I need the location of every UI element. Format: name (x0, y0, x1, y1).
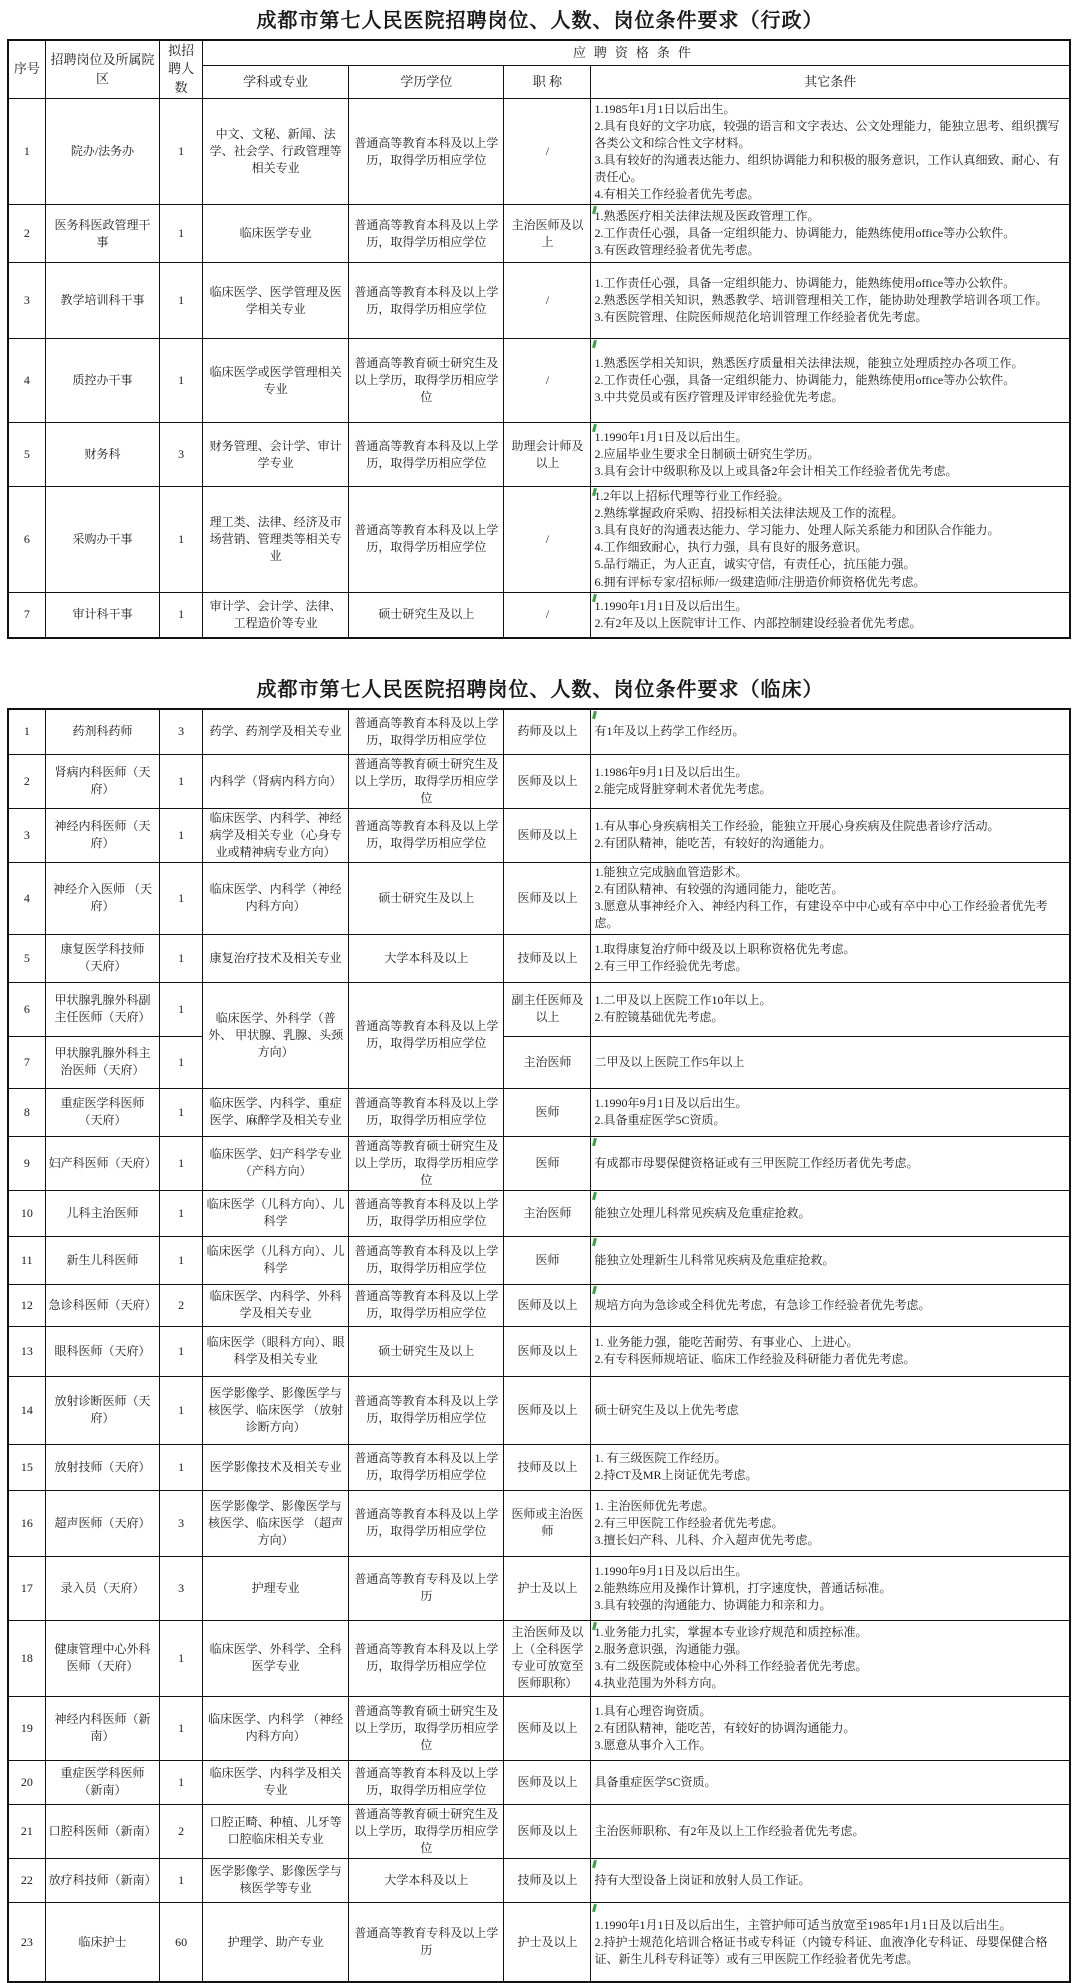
title-cell: 技师及以上 (504, 1858, 591, 1902)
degree-cell: 硕士研究生及以上 (349, 862, 504, 934)
comment-mark-icon (593, 1286, 598, 1294)
seq-cell-text: 1 (12, 143, 42, 160)
degree-cell: 普通高等教育本科及以上学历，取得学历相应学位 (349, 709, 504, 754)
post-cell: 质控办干事 (45, 339, 160, 423)
post-cell-text: 神经内科医师（新南） (49, 1711, 157, 1745)
degree-cell-text: 普通高等教育硕士研究生及以上学历，取得学历相应学位 (352, 1138, 500, 1189)
title-cell: 医师及以上 (504, 1376, 591, 1444)
major-cell-text: 临床医学、内科学、外科学及相关专业 (206, 1288, 346, 1322)
other-cell: 1.1990年1月1日及以后出生。 2.应届毕业生要求全日制硕士研究生学历。 3… (591, 423, 1070, 487)
other-cell-text: 能独立处理新生儿科常见疾病及危重症抢救。 (594, 1252, 1066, 1269)
seq-cell-text: 21 (12, 1823, 42, 1840)
major-cell-text: 临床医学（眼科方向）、眼科学及相关专业 (206, 1334, 346, 1368)
count-cell: 1 (160, 99, 202, 205)
degree-cell: 普通高等教育本科及以上学历，取得学历相应学位 (349, 808, 504, 862)
other-cell-text: 规培方向为急诊或全科优先考虑，有急诊工作经验者优先考虑。 (594, 1297, 1066, 1314)
title-cell-text: 医师及以上 (507, 1343, 587, 1360)
degree-cell-text: 普通高等教育本科及以上学历，取得学历相应学位 (352, 1393, 500, 1427)
post-cell-text: 肾病内科医师（天府） (49, 764, 157, 798)
major-cell: 临床医学（儿科方向）、儿科学 (202, 1190, 349, 1236)
other-cell: 1.能独立完成脑血管造影术。 2.有团队精神、有较强的沟通同能力，能吃苦。 3.… (591, 862, 1070, 934)
count-cell: 1 (160, 1190, 202, 1236)
table-row: 17录入员（天府）3护理专业普通高等教育专科及以上学历护士及以上1.1990年9… (8, 1556, 1070, 1620)
title-cell-text: / (507, 531, 587, 548)
post-cell: 肾病内科医师（天府） (45, 754, 160, 808)
other-cell-text: 有1年及以上药学工作经历。 (594, 723, 1066, 740)
seq-cell-text: 13 (12, 1343, 42, 1360)
other-cell-text: 持有大型设备上岗证和放射人员工作证。 (594, 1872, 1066, 1889)
title-cell-text: 医师及以上 (507, 890, 587, 907)
count-cell: 1 (160, 339, 202, 423)
count-cell-text: 1 (163, 950, 198, 967)
major-cell-text: 审计学、会计学、法律、工程造价等专业 (206, 598, 346, 632)
major-cell: 医学影像学、影像医学与核医学、临床医学 （放射诊断方向） (202, 1376, 349, 1444)
count-cell: 1 (160, 1696, 202, 1760)
table-row: 4质控办干事1临床医学或医学管理相关专业普通高等教育硕士研究生及以上学历，取得学… (8, 339, 1070, 423)
degree-cell-text: 普通高等教育本科及以上学历，取得学历相应学位 (352, 1641, 500, 1675)
post-cell-text: 财务科 (49, 446, 157, 463)
seq-cell: 14 (8, 1376, 45, 1444)
other-cell-text: 1.取得康复治疗师中级及以上职称资格优先考虑。 2.有三甲工作经验优先考虑。 (594, 941, 1066, 975)
degree-cell: 普通高等教育硕士研究生及以上学历，取得学历相应学位 (349, 1804, 504, 1858)
other-cell-text: 具备重症医学5C资质。 (594, 1774, 1066, 1791)
table-row: 21口腔科医师（新南）2口腔正畸、种植、儿牙等口腔临床相关专业普通高等教育硕士研… (8, 1804, 1070, 1858)
count-cell: 1 (160, 1036, 202, 1088)
table-row: 1药剂科药师3药学、药剂学及相关专业普通高等教育本科及以上学历，取得学历相应学位… (8, 709, 1070, 754)
seq-cell: 4 (8, 862, 45, 934)
title-cell-text: 技师及以上 (507, 1459, 587, 1476)
seq-cell: 5 (8, 423, 45, 487)
title-cell: 药师及以上 (504, 709, 591, 754)
major-cell-text: 临床医学、内科学及相关专业 (206, 1765, 346, 1799)
other-cell-text: 1.熟悉医疗相关法律法规及医政管理工作。 2.工作责任心强，具备一定组织能力、协… (594, 208, 1066, 259)
post-cell: 健康管理中心外科医师（天府） (45, 1620, 160, 1696)
major-cell-text: 临床医学或医学管理相关专业 (206, 364, 346, 398)
seq-cell: 15 (8, 1444, 45, 1490)
table-row: 2医务科医政管理干事1临床医学专业普通高等教育本科及以上学历，取得学历相应学位主… (8, 205, 1070, 263)
post-cell-text: 甲状腺乳腺外科主治医师（天府） (49, 1045, 157, 1079)
title-cell-text: 技师及以上 (507, 950, 587, 967)
table-row: 11新生儿科医师1临床医学（儿科方向）、儿科学普通高等教育本科及以上学历，取得学… (8, 1236, 1070, 1284)
major-cell-text: 口腔正畸、种植、儿牙等口腔临床相关专业 (206, 1814, 346, 1848)
comment-mark-icon (593, 1860, 598, 1868)
degree-cell: 普通高等教育专科及以上学历 (349, 1556, 504, 1620)
title-cell: 副主任医师及以上 (504, 982, 591, 1036)
count-cell-text: 1 (163, 1205, 198, 1222)
title-cell-text: 医师或主治医师 (507, 1506, 587, 1540)
major-cell-text: 内科学（肾病内科方向） (206, 773, 346, 790)
seq-cell: 11 (8, 1236, 45, 1284)
title-cell: 护士及以上 (504, 1902, 591, 1982)
clinical-recruitment-table: 1药剂科药师3药学、药剂学及相关专业普通高等教育本科及以上学历，取得学历相应学位… (7, 708, 1071, 1983)
major-cell: 临床医学、内科学、重症医学、麻醉学及相关专业 (202, 1088, 349, 1136)
major-cell-text: 临床医学、内科学、重症医学、麻醉学及相关专业 (206, 1095, 346, 1129)
other-cell-text: 1. 有三级医院工作经历。 2.持CT及MR上岗证优先考虑。 (594, 1450, 1066, 1484)
major-cell: 内科学（肾病内科方向） (202, 754, 349, 808)
title-cell: 医师及以上 (504, 808, 591, 862)
other-cell: 1. 主治医师优先考虑。 2.有三甲医院工作经验者优先考虑。 3.擅长妇产科、儿… (591, 1490, 1070, 1556)
other-cell-text: 1.熟悉医学相关知识，熟悉医疗质量相关法律法规，能独立处理质控办各项工作。 2.… (594, 355, 1066, 406)
table-row: 3神经内科医师（天府）1临床医学、内科学、神经病学及相关专业（心身专业或精神病专… (8, 808, 1070, 862)
count-cell-text: 2 (163, 1297, 198, 1314)
title-cell-text: / (507, 606, 587, 623)
post-cell-text: 审计科干事 (49, 606, 157, 623)
count-cell: 3 (160, 709, 202, 754)
major-cell: 康复治疗技术及相关专业 (202, 934, 349, 982)
other-cell-text: 主治医师职称、有2年及以上工作经验者优先考虑。 (594, 1823, 1066, 1840)
header-degree: 学历学位 (349, 65, 504, 99)
seq-cell: 17 (8, 1556, 45, 1620)
title-cell-text: 医师及以上 (507, 827, 587, 844)
other-cell-text: 1.1986年9月1日及以后出生。 2.能完成肾脏穿刺术者优先考虑。 (594, 764, 1066, 798)
count-cell-text: 1 (163, 1054, 198, 1071)
count-cell-text: 1 (163, 372, 198, 389)
other-cell: 能独立处理新生儿科常见疾病及危重症抢救。 (591, 1236, 1070, 1284)
other-cell: 1.1990年9月1日及以后出生。 2.能熟练应用及操作计算机，打字速度快，普通… (591, 1556, 1070, 1620)
post-cell-text: 眼科医师（天府） (49, 1343, 157, 1360)
degree-cell: 普通高等教育本科及以上学历，取得学历相应学位 (349, 423, 504, 487)
count-cell: 3 (160, 423, 202, 487)
title-cell: / (504, 487, 591, 592)
seq-cell: 6 (8, 982, 45, 1036)
seq-cell-text: 4 (12, 372, 42, 389)
other-cell: 主治医师职称、有2年及以上工作经验者优先考虑。 (591, 1804, 1070, 1858)
count-cell: 1 (160, 982, 202, 1036)
major-cell: 审计学、会计学、法律、工程造价等专业 (202, 592, 349, 638)
count-cell-text: 1 (163, 827, 198, 844)
title-cell: 医师 (504, 1236, 591, 1284)
post-cell-text: 急诊科医师（天府） (49, 1297, 157, 1314)
other-cell-text: 有成都市母婴保健资格证或有三甲医院工作经历者优先考虑。 (594, 1155, 1066, 1172)
count-cell: 2 (160, 1284, 202, 1326)
degree-cell-text: 普通高等教育本科及以上学历，取得学历相应学位 (352, 818, 500, 852)
seq-cell: 2 (8, 205, 45, 263)
count-cell: 1 (160, 934, 202, 982)
seq-cell-text: 15 (12, 1459, 42, 1476)
degree-cell-text: 普通高等教育本科及以上学历，取得学历相应学位 (352, 1196, 500, 1230)
title-cell: 医师及以上 (504, 862, 591, 934)
major-cell-text: 临床医学专业 (206, 225, 346, 242)
seq-cell-text: 17 (12, 1580, 42, 1597)
other-cell: 具备重症医学5C资质。 (591, 1760, 1070, 1804)
seq-cell-text: 5 (12, 446, 42, 463)
table-row: 13眼科医师（天府）1临床医学（眼科方向）、眼科学及相关专业硕士研究生及以上医师… (8, 1326, 1070, 1376)
post-cell: 放射诊断医师（天府） (45, 1376, 160, 1444)
title-cell-text: 药师及以上 (507, 723, 587, 740)
table-row: 19神经内科医师（新南）1临床医学、内科学 （神经内科方向）普通高等教育硕士研究… (8, 1696, 1070, 1760)
post-cell: 审计科干事 (45, 592, 160, 638)
comment-mark-icon (593, 1238, 598, 1246)
count-cell: 1 (160, 592, 202, 638)
degree-cell-text: 普通高等教育本科及以上学历，取得学历相应学位 (352, 438, 500, 472)
seq-cell: 5 (8, 934, 45, 982)
post-cell-text: 临床护士 (49, 1934, 157, 1951)
title-cell: 护士及以上 (504, 1556, 591, 1620)
degree-cell: 普通高等教育硕士研究生及以上学历，取得学历相应学位 (349, 1136, 504, 1190)
header-title: 职 称 (504, 65, 591, 99)
seq-cell-text: 1 (12, 723, 42, 740)
post-cell-text: 甲状腺乳腺外科副主任医师（天府） (49, 992, 157, 1026)
title-cell: 主治医师及以上（全科医学专业可放宽至医师职称） (504, 1620, 591, 1696)
title-cell-text: 医师及以上 (507, 1774, 587, 1791)
other-cell: 1.有从事心身疾病相关工作经验，能独立开展心身疾病及住院患者诊疗活动。 2.有团… (591, 808, 1070, 862)
degree-cell: 普通高等教育本科及以上学历，取得学历相应学位 (349, 982, 504, 1088)
degree-cell: 普通高等教育本科及以上学历，取得学历相应学位 (349, 1760, 504, 1804)
count-cell-text: 1 (163, 1459, 198, 1476)
degree-cell: 普通高等教育本科及以上学历，取得学历相应学位 (349, 1444, 504, 1490)
seq-cell: 1 (8, 99, 45, 205)
table-row: 10儿科主治医师1临床医学（儿科方向）、儿科学普通高等教育本科及以上学历，取得学… (8, 1190, 1070, 1236)
table-row: 15放射技师（天府）1医学影像技术及相关专业普通高等教育本科及以上学历，取得学历… (8, 1444, 1070, 1490)
title-cell-text: 医师及以上 (507, 1823, 587, 1840)
count-cell-text: 3 (163, 1515, 198, 1532)
count-cell-text: 2 (163, 1823, 198, 1840)
table-row: 8重症医学科医师（天府）1临床医学、内科学、重症医学、麻醉学及相关专业普通高等教… (8, 1088, 1070, 1136)
degree-cell: 普通高等教育本科及以上学历，取得学历相应学位 (349, 1088, 504, 1136)
seq-cell: 12 (8, 1284, 45, 1326)
post-cell: 采购办干事 (45, 487, 160, 592)
page: 成都市第七人民医院招聘岗位、人数、岗位条件要求（行政） 序号 招聘岗位及所属院区… (7, 0, 1073, 1983)
post-cell: 甲状腺乳腺外科副主任医师（天府） (45, 982, 160, 1036)
title-cell-text: / (507, 292, 587, 309)
title-cell-text: 主治医师及以上（全科医学专业可放宽至医师职称） (507, 1624, 587, 1692)
post-cell-text: 儿科主治医师 (49, 1205, 157, 1222)
degree-cell-text: 普通高等教育本科及以上学历，取得学历相应学位 (352, 284, 500, 318)
header-qualification-group: 应聘资格条件 (202, 40, 1070, 65)
title-cell: 技师及以上 (504, 934, 591, 982)
count-cell-text: 1 (163, 1343, 198, 1360)
major-cell: 临床医学专业 (202, 205, 349, 263)
seq-cell-text: 4 (12, 890, 42, 907)
degree-cell-text: 普通高等教育本科及以上学历，取得学历相应学位 (352, 1450, 500, 1484)
major-cell-text: 临床医学、医学管理及医学相关专业 (206, 284, 346, 318)
other-cell: 1.工作责任心强，具备一定组织能力、协调能力，能熟练使用office等办公软件。… (591, 263, 1070, 339)
post-cell-text: 康复医学科技师（天府） (49, 941, 157, 975)
other-cell-text: 1.具有心理咨询资质。 2.有团队精神，能吃苦，有较好的协调沟通能力。 3.愿意… (594, 1703, 1066, 1754)
major-cell-text: 医学影像技术及相关专业 (206, 1459, 346, 1476)
other-cell: 1. 业务能力强，能吃苦耐劳、有事业心、上进心。 2.有专科医师规培证、临床工作… (591, 1326, 1070, 1376)
title-cell: 医师 (504, 1136, 591, 1190)
post-cell-text: 医务科医政管理干事 (49, 217, 157, 251)
degree-cell-text: 普通高等教育本科及以上学历，取得学历相应学位 (352, 1765, 500, 1799)
title-cell-text: 主治医师 (507, 1205, 587, 1222)
comment-mark-icon (593, 711, 598, 719)
degree-cell: 普通高等教育硕士研究生及以上学历，取得学历相应学位 (349, 339, 504, 423)
seq-cell-text: 3 (12, 292, 42, 309)
other-cell: 持有大型设备上岗证和放射人员工作证。 (591, 1858, 1070, 1902)
degree-cell-text: 普通高等教育专科及以上学历 (352, 1925, 500, 1959)
degree-cell-text: 普通高等教育本科及以上学历，取得学历相应学位 (352, 1506, 500, 1540)
major-cell: 医学影像技术及相关专业 (202, 1444, 349, 1490)
table-row: 5财务科3财务管理、会计学、审计学专业普通高等教育本科及以上学历，取得学历相应学… (8, 423, 1070, 487)
clinical-table-body: 1药剂科药师3药学、药剂学及相关专业普通高等教育本科及以上学历，取得学历相应学位… (8, 709, 1070, 1982)
post-cell-text: 神经介入医师 （天府） (49, 881, 157, 915)
title-cell: / (504, 339, 591, 423)
post-cell: 院办/法务办 (45, 99, 160, 205)
post-cell: 妇产科医师（天府） (45, 1136, 160, 1190)
other-cell-text: 1.1990年1月1日及以后出生。 2.应届毕业生要求全日制硕士研究生学历。 3… (594, 429, 1066, 480)
post-cell: 放疗科技师（新南） (45, 1858, 160, 1902)
other-cell-text: 1.能独立完成脑血管造影术。 2.有团队精神、有较强的沟通同能力，能吃苦。 3.… (594, 864, 1066, 932)
other-cell-text: 1. 主治医师优先考虑。 2.有三甲医院工作经验者优先考虑。 3.擅长妇产科、儿… (594, 1498, 1066, 1549)
degree-cell: 硕士研究生及以上 (349, 592, 504, 638)
major-cell-text: 临床医学、内科学 （神经内科方向） (206, 1711, 346, 1745)
major-cell: 药学、药剂学及相关专业 (202, 709, 349, 754)
degree-cell: 普通高等教育本科及以上学历，取得学历相应学位 (349, 205, 504, 263)
major-cell-text: 临床医学、妇产科学专业（产科方向） (206, 1146, 346, 1180)
major-cell-text: 临床医学（儿科方向）、儿科学 (206, 1196, 346, 1230)
seq-cell: 2 (8, 754, 45, 808)
other-cell: 1.取得康复治疗师中级及以上职称资格优先考虑。 2.有三甲工作经验优先考虑。 (591, 934, 1070, 982)
post-cell: 甲状腺乳腺外科主治医师（天府） (45, 1036, 160, 1088)
count-cell-text: 1 (163, 773, 198, 790)
table-row: 12急诊科医师（天府）2临床医学、内科学、外科学及相关专业普通高等教育本科及以上… (8, 1284, 1070, 1326)
degree-cell: 普通高等教育本科及以上学历，取得学历相应学位 (349, 1376, 504, 1444)
seq-cell: 8 (8, 1088, 45, 1136)
title-cell: 主治医师 (504, 1036, 591, 1088)
seq-cell-text: 3 (12, 827, 42, 844)
count-cell-text: 1 (163, 1252, 198, 1269)
major-cell: 医学影像学、影像医学与核医学、临床医学 （超声方向） (202, 1490, 349, 1556)
other-cell-text: 1.2年以上招标代理等行业工作经验。 2.熟练掌握政府采购、招投标相关法律法规及… (594, 488, 1066, 590)
post-cell: 超声医师（天府） (45, 1490, 160, 1556)
title-cell: 技师及以上 (504, 1444, 591, 1490)
title-cell: / (504, 263, 591, 339)
count-cell: 1 (160, 862, 202, 934)
degree-cell-text: 普通高等教育本科及以上学历，取得学历相应学位 (352, 135, 500, 169)
title-cell-text: 技师及以上 (507, 1872, 587, 1889)
seq-cell: 9 (8, 1136, 45, 1190)
major-cell: 理工类、法律、经济及市场营销、管理类等相关专业 (202, 487, 349, 592)
other-cell: 规培方向为急诊或全科优先考虑，有急诊工作经验者优先考虑。 (591, 1284, 1070, 1326)
other-cell: 1. 有三级医院工作经历。 2.持CT及MR上岗证优先考虑。 (591, 1444, 1070, 1490)
degree-cell-text: 普通高等教育本科及以上学历，取得学历相应学位 (352, 1095, 500, 1129)
other-cell-text: 能独立处理儿科常见疾病及危重症抢救。 (594, 1205, 1066, 1222)
degree-cell-text: 普通高等教育硕士研究生及以上学历，取得学历相应学位 (352, 756, 500, 807)
title-cell: 医师及以上 (504, 754, 591, 808)
count-cell-text: 1 (163, 1720, 198, 1737)
major-cell: 临床医学（儿科方向）、儿科学 (202, 1236, 349, 1284)
seq-cell: 7 (8, 592, 45, 638)
count-cell-text: 1 (163, 1402, 198, 1419)
title-cell: 医师或主治医师 (504, 1490, 591, 1556)
seq-cell: 3 (8, 808, 45, 862)
title-cell-text: 医师及以上 (507, 773, 587, 790)
seq-cell: 1 (8, 709, 45, 754)
seq-cell: 21 (8, 1804, 45, 1858)
header-major: 学科或专业 (202, 65, 349, 99)
count-cell: 1 (160, 754, 202, 808)
count-cell: 1 (160, 263, 202, 339)
degree-cell: 大学本科及以上 (349, 934, 504, 982)
table-row: 2肾病内科医师（天府）1内科学（肾病内科方向）普通高等教育硕士研究生及以上学历，… (8, 754, 1070, 808)
seq-cell-text: 6 (12, 531, 42, 548)
seq-cell-text: 12 (12, 1297, 42, 1314)
major-cell: 临床医学、妇产科学专业（产科方向） (202, 1136, 349, 1190)
other-cell-text: 1.1990年1月1日及以后出生，主管护师可适当放宽至1985年1月1日及以后出… (594, 1917, 1066, 1968)
other-cell-text: 二甲及以上医院工作5年以上 (594, 1054, 1066, 1071)
table-row: 7甲状腺乳腺外科主治医师（天府）1主治医师二甲及以上医院工作5年以上 (8, 1036, 1070, 1088)
seq-cell-text: 7 (12, 1054, 42, 1071)
degree-cell: 普通高等教育本科及以上学历，取得学历相应学位 (349, 1284, 504, 1326)
title-cell: 医师及以上 (504, 1696, 591, 1760)
post-cell-text: 药剂科药师 (49, 723, 157, 740)
seq-cell: 19 (8, 1696, 45, 1760)
post-cell: 神经内科医师（新南） (45, 1696, 160, 1760)
degree-cell-text: 普通高等教育本科及以上学历，取得学历相应学位 (352, 217, 500, 251)
other-cell: 能独立处理儿科常见疾病及危重症抢救。 (591, 1190, 1070, 1236)
title-cell-text: / (507, 143, 587, 160)
degree-cell-text: 普通高等教育硕士研究生及以上学历，取得学历相应学位 (352, 1806, 500, 1857)
seq-cell-text: 22 (12, 1872, 42, 1889)
title-cell-text: 医师及以上 (507, 1402, 587, 1419)
major-cell-text: 临床医学（儿科方向）、儿科学 (206, 1243, 346, 1277)
post-cell: 临床护士 (45, 1902, 160, 1982)
degree-cell: 普通高等教育硕士研究生及以上学历，取得学历相应学位 (349, 754, 504, 808)
major-cell-text: 医学影像学、影像医学与核医学等专业 (206, 1863, 346, 1897)
seq-cell: 13 (8, 1326, 45, 1376)
title-cell-text: 医师 (507, 1104, 587, 1121)
major-cell: 临床医学、医学管理及医学相关专业 (202, 263, 349, 339)
table-row: 14放射诊断医师（天府）1医学影像学、影像医学与核医学、临床医学 （放射诊断方向… (8, 1376, 1070, 1444)
other-cell: 1.二甲及以上医院工作10年以上。 2.有腔镜基础优先考虑。 (591, 982, 1070, 1036)
post-cell: 神经内科医师（天府） (45, 808, 160, 862)
seq-cell-text: 6 (12, 1001, 42, 1018)
header-post: 招聘岗位及所属院区 (45, 40, 160, 99)
post-cell: 新生儿科医师 (45, 1236, 160, 1284)
title-cell-text: 主治医师及以上 (507, 217, 587, 251)
major-cell: 临床医学、外科学（普外、 甲状腺、乳腺、头颈方向） (202, 982, 349, 1088)
post-cell: 眼科医师（天府） (45, 1326, 160, 1376)
other-cell: 硕士研究生及以上优先考虑 (591, 1376, 1070, 1444)
post-cell: 药剂科药师 (45, 709, 160, 754)
table-row: 18健康管理中心外科医师（天府）1临床医学、外科学、全科医学专业普通高等教育本科… (8, 1620, 1070, 1696)
major-cell-text: 临床医学、内科学（神经内科方向） (206, 881, 346, 915)
count-cell: 1 (160, 1620, 202, 1696)
major-cell-text: 临床医学、外科学、全科医学专业 (206, 1641, 346, 1675)
other-cell-text: 1.有从事心身疾病相关工作经验，能独立开展心身疾病及住院患者诊疗活动。 2.有团… (594, 818, 1066, 852)
other-cell-text: 1.工作责任心强，具备一定组织能力、协调能力，能熟练使用office等办公软件。… (594, 275, 1066, 326)
count-cell-text: 1 (163, 1104, 198, 1121)
major-cell: 财务管理、会计学、审计学专业 (202, 423, 349, 487)
post-cell-text: 质控办干事 (49, 372, 157, 389)
other-cell: 1.1986年9月1日及以后出生。 2.能完成肾脏穿刺术者优先考虑。 (591, 754, 1070, 808)
major-cell: 医学影像学、影像医学与核医学等专业 (202, 1858, 349, 1902)
seq-cell-text: 20 (12, 1774, 42, 1791)
count-cell: 3 (160, 1556, 202, 1620)
count-cell: 1 (160, 1376, 202, 1444)
post-cell-text: 重症医学科医师（天府） (49, 1095, 157, 1129)
admin-table-title: 成都市第七人民医院招聘岗位、人数、岗位条件要求（行政） (7, 4, 1073, 33)
seq-cell: 16 (8, 1490, 45, 1556)
count-cell-text: 1 (163, 606, 198, 623)
title-cell-text: 护士及以上 (507, 1580, 587, 1597)
post-cell-text: 妇产科医师（天府） (49, 1155, 157, 1172)
major-cell-text: 药学、药剂学及相关专业 (206, 723, 346, 740)
count-cell-text: 1 (163, 1872, 198, 1889)
count-cell-text: 3 (163, 1580, 198, 1597)
header-count: 拟招聘人数 (160, 40, 202, 99)
header-other: 其它条件 (591, 65, 1070, 99)
table-row: 23临床护士60护理学、助产专业普通高等教育专科及以上学历护士及以上1.1990… (8, 1902, 1070, 1982)
count-cell-text: 3 (163, 446, 198, 463)
table-row: 4神经介入医师 （天府）1临床医学、内科学（神经内科方向）硕士研究生及以上医师及… (8, 862, 1070, 934)
seq-cell: 6 (8, 487, 45, 592)
seq-cell-text: 8 (12, 1104, 42, 1121)
table-row: 5康复医学科技师（天府）1康复治疗技术及相关专业大学本科及以上技师及以上1.取得… (8, 934, 1070, 982)
count-cell-text: 3 (163, 723, 198, 740)
major-cell-text: 医学影像学、影像医学与核医学、临床医学 （放射诊断方向） (206, 1385, 346, 1436)
